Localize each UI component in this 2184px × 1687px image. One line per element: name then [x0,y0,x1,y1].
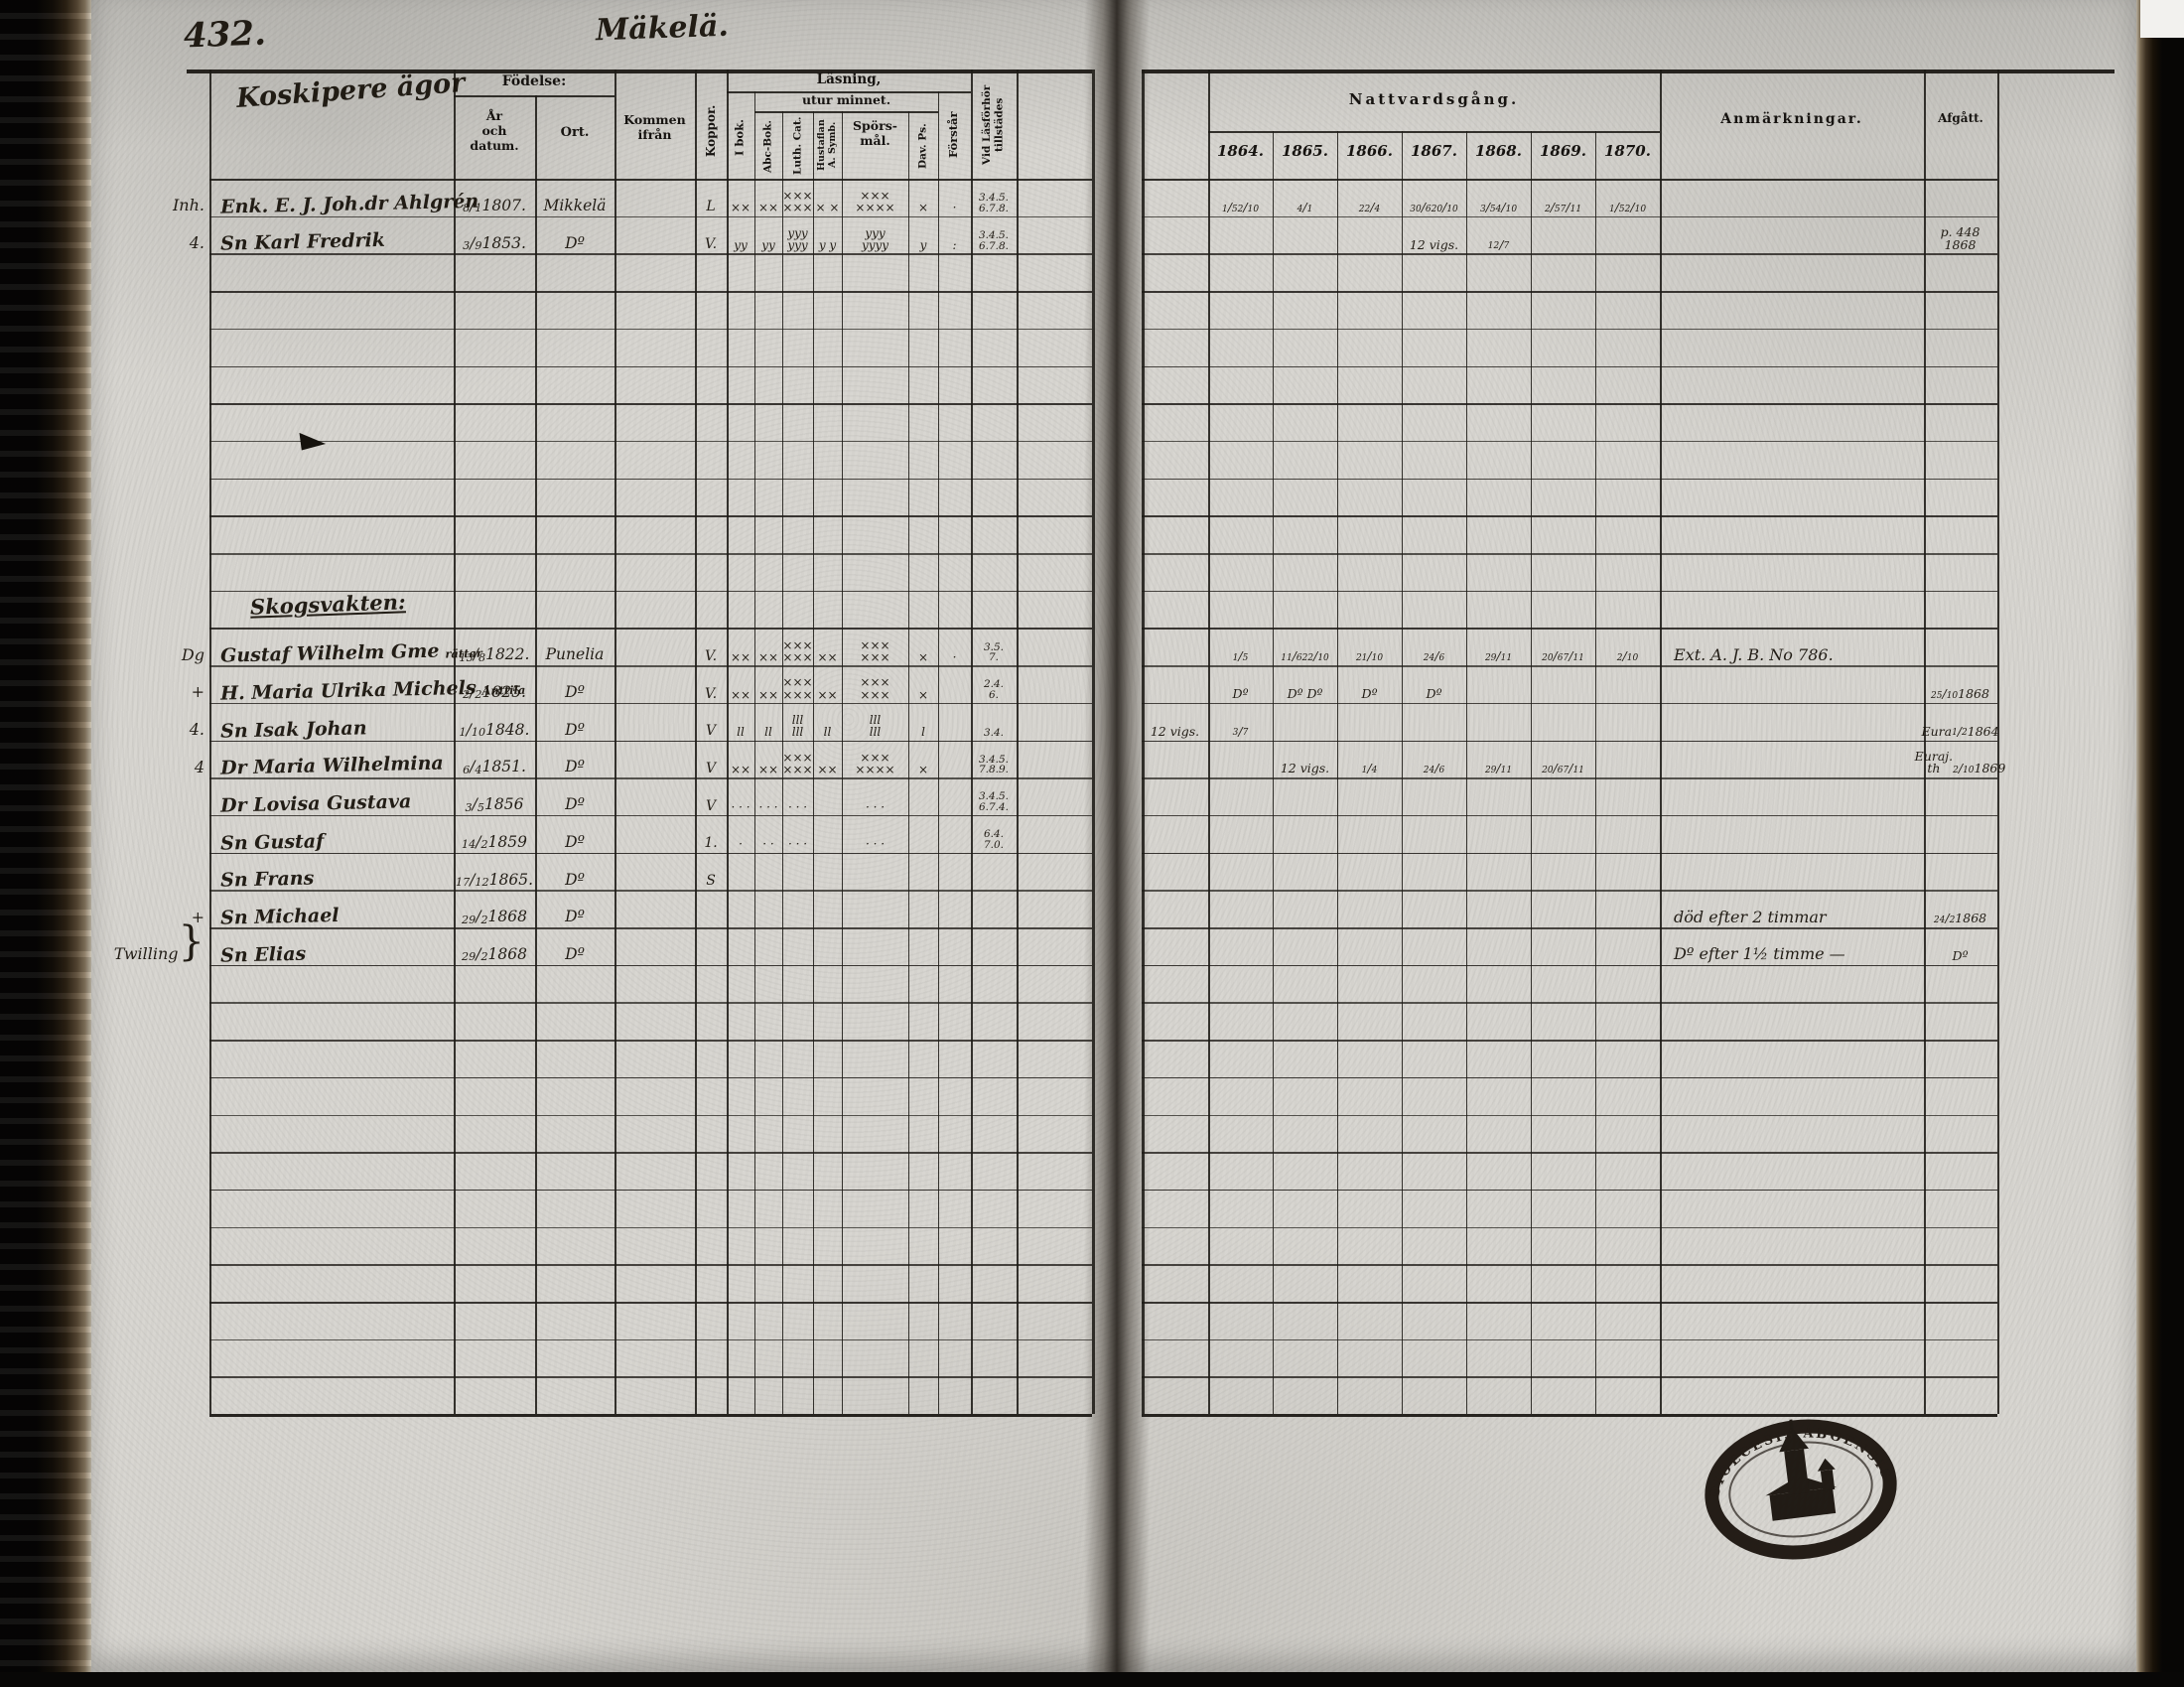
cell-birth-place: Dº [537,858,613,888]
table-line [1142,853,1997,855]
cell-birth-place: Punelia [537,633,613,663]
table-line [1142,216,1997,218]
cell-birth: 2/2 1825. [456,671,533,701]
cell-reading-mark: ×× [728,630,753,663]
table-line [1142,1115,1997,1117]
table-line [1142,366,1997,368]
cell-communion-1867: Dº [1403,671,1465,701]
cell-note: 12 vigs. [1144,709,1206,739]
table-line [1142,815,1997,817]
table-line [1142,777,1997,779]
cell-name: Dr Lovisa Gustava [220,780,452,815]
table-line [209,665,1092,667]
header-year-1864: 1864. [1208,143,1273,161]
cell-name: H. Maria Ulrika MichelsAnttila [220,668,452,703]
cell-attendance: 2.4.6. [972,667,1016,701]
cell-attendance: 3.4.5.7.8.9. [972,742,1016,775]
table-line [209,515,1092,517]
table-line [1208,70,1210,1414]
cell-communion-1867: 30/6 20/10 [1403,185,1465,214]
cell-reading-mark: ×××××× [783,742,812,775]
table-line [209,291,1092,293]
table-line [1142,1302,1997,1304]
table-line [209,965,1092,967]
cell-communion-1868: 12/7 [1467,221,1530,251]
cell-name: Sn Frans [220,856,452,891]
header-i_bok: I bok. [728,97,752,177]
cell-communion-1869: 20/6 7/11 [1532,633,1594,663]
table-line [1142,741,1997,743]
cell-communion-1870: 1/5 2/10 [1596,185,1659,214]
cell-reading-mark: ×× [755,742,781,775]
cell-reading-mark: yyyyyy [783,217,812,251]
table-line [209,1376,1092,1378]
header-afgatt: Afgått. [1925,111,1996,125]
table-line [1142,890,1997,892]
cell-birth: 14/2 1859 [456,821,533,851]
cell-reading-mark: ll [755,705,781,739]
header-sporsmal: Spörs-mål. [843,119,907,149]
cell-birth-place: Dº [537,783,613,813]
table-line [209,1040,1092,1042]
table-line [1142,1376,1997,1378]
row-margin: 4 [105,742,205,775]
table-line [209,815,1092,817]
table-line [1142,965,1997,967]
table-line [1142,70,2115,73]
cell-name: Sn Karl Fredrik [220,219,452,254]
row-margin: + [105,667,205,701]
cell-reading-mark: yy [755,217,781,251]
cell-communion-1866: Dº [1338,671,1401,701]
cell-attendance: 3.4.5.6.7.8. [972,181,1016,214]
table-line [1142,703,1997,705]
cell-name: Sn Isak Johan [220,706,452,741]
cell-reading-mark: ×××××× [783,630,812,663]
table-line [1142,1077,1997,1079]
cell-departed: 25/101868 [1925,667,1995,701]
cell-reading-mark: ×××××× [843,667,907,701]
table-line [1142,1264,1997,1266]
cell-birth: 3/5 1856 [456,783,533,813]
cell-attendance: 3.4.5.6.7.8. [972,217,1016,251]
cell-smallpox: 1. [696,821,726,851]
cell-birth: 29/2 1868 [456,933,533,963]
header-year-1869: 1869. [1531,143,1595,161]
cell-reading-mark: ××××××× [843,181,907,214]
parish-stamp: DIOECESIS ABOENSIS [1691,1400,1910,1579]
row-margin: 4. [105,705,205,739]
cell-reading-mark: yy [728,217,753,251]
cell-reading-mark: ×× [755,630,781,663]
table-line [209,927,1092,929]
cell-reading-mark: ×××××× [843,630,907,663]
cell-reading-mark: y y [814,217,841,251]
cell-birth-place: Dº [537,671,613,701]
cell-birth: 17/12 1865. [456,858,533,888]
cell-reading-mark: ×× [814,667,841,701]
cell-remark: död efter 2 timmar [1674,896,1918,925]
cell-birth-place: Dº [537,746,613,775]
cell-reading-mark: llllll [843,705,907,739]
table-line [1142,515,1997,517]
header-vid_lasforhor: Vid Läsförhörtillstädes [972,72,1015,177]
row-margin: Dg [105,630,205,663]
cell-communion-1866: 21/10 [1338,633,1401,663]
table-line [1142,1227,1997,1229]
cell-name: Sn Michael [220,893,452,927]
cell-reading-mark: · · · [783,779,812,813]
header-forstar: Förstår [939,93,969,177]
cell-departed: p. 4481868 [1925,217,1995,251]
cell-reading-mark: × [909,667,937,701]
table-line [209,1339,1092,1341]
header-luth_cat: Luth. Cat. [784,115,811,177]
cell-smallpox: V. [696,633,726,663]
cell-reading-mark: ×× [755,181,781,214]
table-line [1142,291,1997,293]
table-line [209,403,1092,405]
table-line [209,1077,1092,1079]
table-line [1142,1152,1997,1154]
cell-reading-mark: ×× [814,630,841,663]
cell-communion-1865: 4/1 [1274,185,1336,214]
cell-departed: Dº [1925,929,1995,963]
table-line [1142,403,1997,405]
cell-communion-1867: 24/6 [1403,633,1465,663]
table-line [1142,1190,1997,1192]
cell-reading-mark: ×× [728,667,753,701]
table-line [209,479,1092,481]
header-hustaflan: HustaflanA. Symb. [814,113,840,177]
cell-communion-1864: 1/5 2/10 [1209,185,1272,214]
table-line [1142,70,1145,1414]
cell-birth-place: Dº [537,709,613,739]
header-ar_och_datum: Åroch datum. [456,109,533,153]
cell-reading-mark: × [909,630,937,663]
cell-name: Sn Elias [220,930,452,965]
cell-reading-mark: · [939,181,970,214]
cell-remark: Dº efter 1½ timme — [1674,933,1918,963]
table-line [1660,70,1662,1414]
cell-reading-mark: ××××××× [843,742,907,775]
cell-communion-1868: 29/11 [1467,746,1530,775]
book-edge-bottom [0,1672,2184,1687]
table-line [614,70,616,1414]
table-line [1142,1339,1997,1341]
table-line [209,1414,1092,1417]
table-line [1142,628,1997,630]
header-dav_ps: Dav. Ps. [909,115,936,177]
table-line [1142,591,1997,593]
table-line [209,70,211,1414]
book-edge-right [2136,0,2184,1687]
cell-departed: Eura1/2 1864 [1925,705,1995,739]
cell-birth: 29/2 1868 [456,896,533,925]
table-line [209,777,1092,779]
cell-communion-1869: 2/5 7/11 [1532,185,1594,214]
cell-name: Gustaf Wilhelm Gmerättar [220,631,452,665]
table-line [1142,553,1997,555]
header-abc_bok: Abc-Bok. [755,115,780,177]
cell-reading-mark: : [939,217,970,251]
table-line [209,1264,1092,1266]
cell-reading-mark: · · · [783,817,812,851]
cell-reading-mark: ll [814,705,841,739]
cell-communion-1865: Dº Dº [1274,671,1336,701]
header-kommen_ifran: Kommen ifrån [616,113,693,143]
cell-name: Sn Gustaf [220,818,452,853]
cell-birth-place: Mikkelä [537,185,613,214]
cell-birth: 13/8 1822. [456,633,533,663]
header-year-1866: 1866. [1337,143,1402,161]
cell-communion-1869: 20/6 7/11 [1532,746,1594,775]
cell-birth: 6/4 1851. [456,746,533,775]
cell-reading-mark: · · · [728,779,753,813]
cell-communion-1867: 24/6 [1403,746,1465,775]
header-ort: Ort. [537,125,613,140]
book-edge-left [0,0,91,1687]
cell-reading-mark: l [909,705,937,739]
corner-notch [2140,0,2184,38]
table-line [209,890,1092,892]
row-margin: Inh. [105,181,205,214]
table-line [695,70,697,1414]
table-line [209,253,1092,255]
table-line [209,1152,1092,1154]
cell-communion-1866: 22/4 [1338,185,1401,214]
table-line [454,95,614,97]
table-line [1142,441,1997,443]
page-number: 432. [183,17,266,55]
table-line [1997,70,1999,1414]
table-line [209,1115,1092,1117]
header-anmarkningar: Anmärkningar. [1660,111,1924,128]
table-line [938,91,939,1414]
cell-communion-1866: 1/4 [1338,746,1401,775]
cell-birth-place: Dº [537,821,613,851]
header-nattvardsgang: Nattvardsgång. [1208,91,1660,109]
cell-reading-mark: × [909,742,937,775]
cell-smallpox: V [696,746,726,775]
cell-reading-mark: ×× [728,742,753,775]
cell-smallpox: V [696,783,726,813]
cell-reading-mark: · · · [843,817,907,851]
header-year-1870: 1870. [1595,143,1660,161]
table-line [1092,70,1095,1414]
cell-reading-mark: · · · [755,779,781,813]
table-line [209,741,1092,743]
cell-reading-mark: ×××××× [783,181,812,214]
header-year-1868: 1868. [1466,143,1531,161]
cell-reading-mark: · · [755,817,781,851]
cell-communion-1864: 1/5 [1209,633,1272,663]
table-line [1142,479,1997,481]
cell-smallpox: V. [696,671,726,701]
cell-communion-1864: Dº [1209,671,1272,701]
table-line [209,441,1092,443]
row-margin: 4. [105,217,205,251]
cell-departed: Euraj. th2/10 1869 [1925,742,1995,775]
table-line [1208,131,1660,133]
cell-communion-1868: 3/5 4/10 [1467,185,1530,214]
section-title: Skogsvakten: [250,592,406,619]
cell-attendance: 3.4.5.6.7.4. [972,779,1016,813]
table-line [209,366,1092,368]
cell-reading-mark: · [939,630,970,663]
cell-communion-1870: 2/10 [1596,633,1659,663]
cell-attendance: 3.5.7. [972,630,1016,663]
table-line [209,1190,1092,1192]
cell-smallpox: V [696,709,726,739]
cell-birth-place: Dº [537,933,613,963]
header-koppor: Koppor. [697,85,725,177]
cell-reading-mark: ×× [755,667,781,701]
cell-communion-1867: 12 vigs. [1403,221,1465,251]
table-line [209,553,1092,555]
cell-attendance: 6.4.7.0. [972,817,1016,851]
table-line [1595,131,1596,1414]
cell-attendance: 3.4. [972,705,1016,739]
table-line [209,1227,1092,1229]
cell-reading-mark: · · · [843,779,907,813]
cell-smallpox: L [696,185,726,214]
cell-birth-place: Dº [537,896,613,925]
cell-remark: Ext. A. J. B. No 786. [1674,633,1918,663]
table-line [1017,70,1019,1414]
table-line [1142,1040,1997,1042]
table-line [209,853,1092,855]
header-fodelse: Födelse: [454,73,614,90]
table-line [209,329,1092,331]
table-line [1142,1002,1997,1004]
cell-reading-mark: ×× [814,742,841,775]
cell-reading-mark: ×× [728,181,753,214]
table-line [454,70,456,1414]
cell-birth: 3/9 1853. [456,221,533,251]
cell-reading-mark: ll [728,705,753,739]
row-margin: Twilling} [105,929,205,963]
table-line [1142,665,1997,667]
cell-reading-mark: ×××××× [783,667,812,701]
scanned-ledger-spread: 432. Mäkelä. Koskipere ägorFödelse:Åroch… [0,0,2184,1687]
header-year-1867: 1867. [1402,143,1466,161]
cell-reading-mark: y [909,217,937,251]
cell-reading-mark: · [728,817,753,851]
cell-smallpox: S [696,858,726,888]
cell-name: Dr Maria Wilhelmina [220,744,452,778]
table-line [1142,179,1997,181]
cell-reading-mark: × × [814,181,841,214]
cell-smallpox: V. [696,221,726,251]
header-year-1865: 1865. [1273,143,1337,161]
cell-birth-place: Dº [537,221,613,251]
table-line [209,703,1092,705]
cell-reading-mark: yyyyyyy [843,217,907,251]
header-lasning: Läsning, [727,72,971,88]
cell-birth: 1/10 1848. [456,709,533,739]
table-line [1142,329,1997,331]
cell-communion-1865: 11/6 22/10 [1274,633,1336,663]
cell-communion-1865: 12 vigs. [1274,746,1336,775]
table-line [209,1302,1092,1304]
cell-communion-1868: 29/11 [1467,633,1530,663]
table-line [1142,927,1997,929]
cell-birth: 8/1 1807. [456,185,533,214]
cell-name: Enk. E. J. Joh.dr Ahlgrén [220,182,452,216]
header-utur_minnet: utur minnet. [754,93,938,108]
cell-reading-mark: × [909,181,937,214]
page-title: Mäkelä. [596,12,730,47]
table-line [1142,253,1997,255]
cell-reading-mark: llllll [783,705,812,739]
table-line [209,1002,1092,1004]
cell-departed: 24/21868 [1925,892,1995,925]
cell-communion-1864: 3/7 [1209,709,1272,739]
